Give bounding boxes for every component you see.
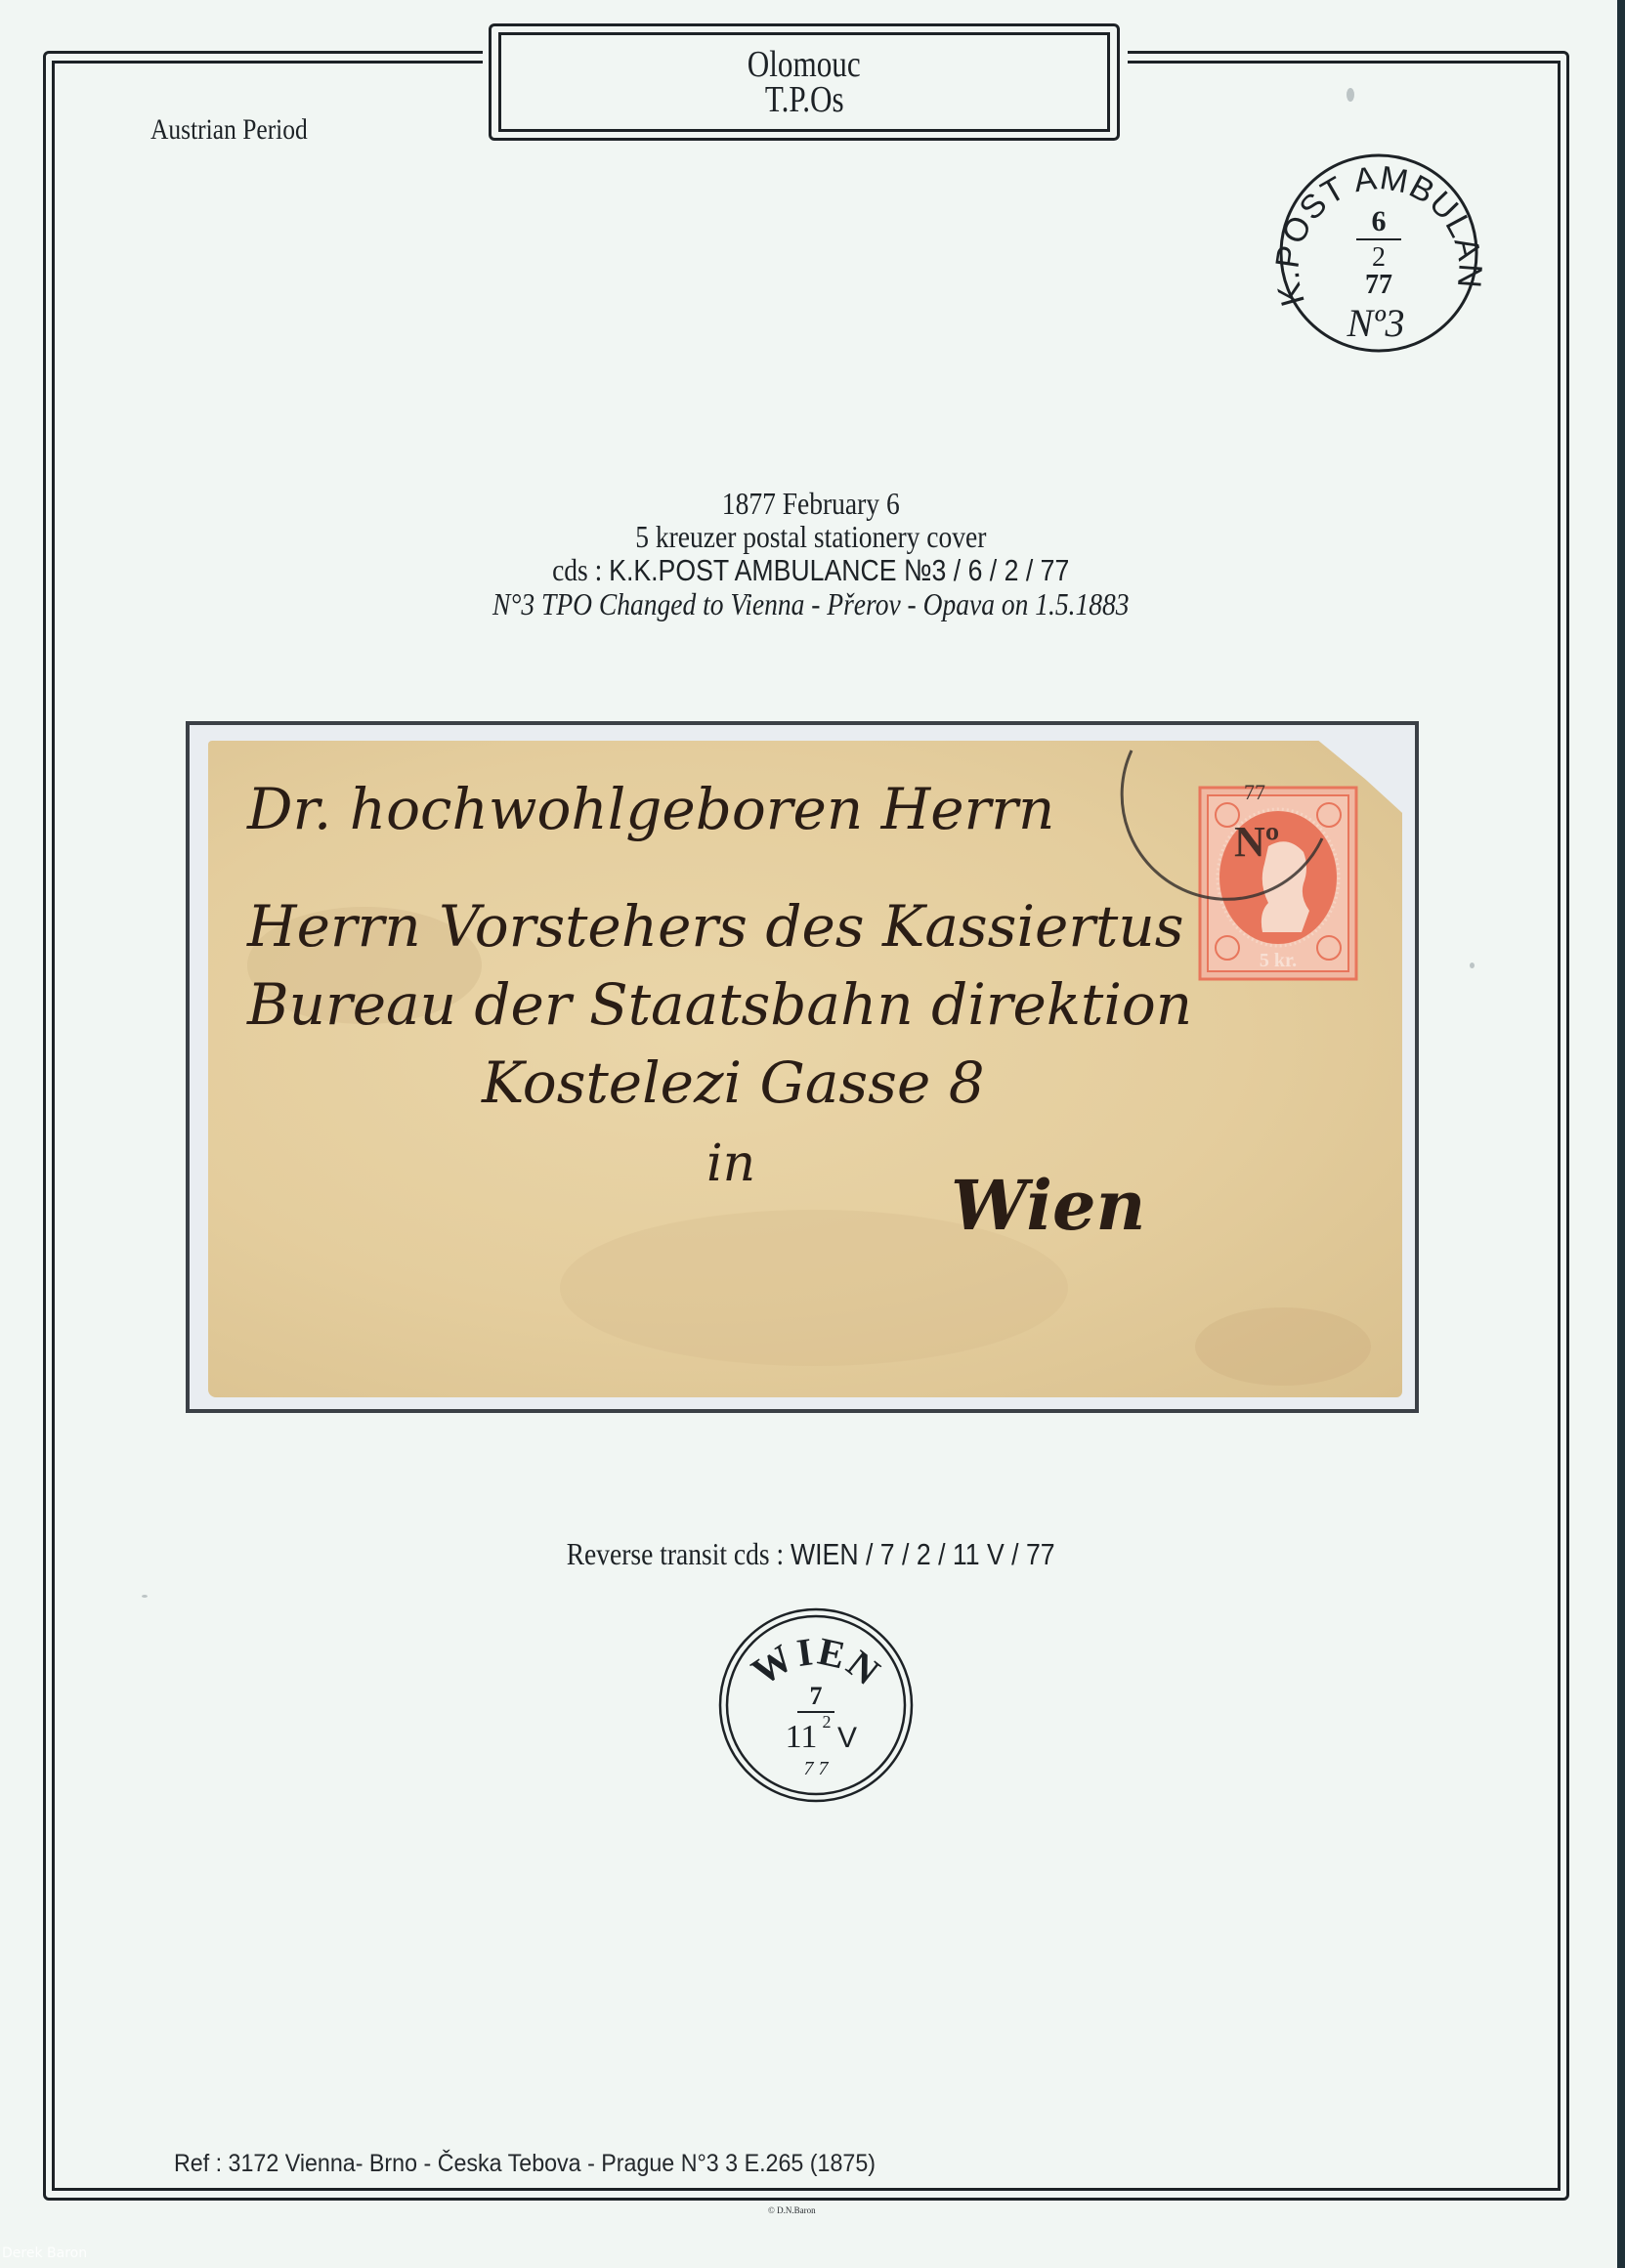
postmark-day: 6 [1372, 205, 1387, 237]
scan-speck [1347, 88, 1354, 102]
svg-text:77: 77 [1244, 780, 1265, 804]
address-line: Dr. hochwohlgeboren Herrn [246, 776, 1054, 842]
transit-label: Reverse transit cds : [567, 1536, 791, 1571]
address-line: Wien [951, 1165, 1145, 1246]
stamp-5-kreuzer: 5 kr. [1200, 788, 1356, 979]
scan-edge [1617, 0, 1625, 2268]
address-line: Kostelezi Gasse 8 [481, 1049, 985, 1116]
address-line: Herrn Vorstehers des Kassiertus [246, 893, 1183, 960]
scan-speck [142, 1595, 148, 1598]
address-line: Bureau der Staatsbahn direktion [246, 971, 1192, 1038]
cds-label: cds : [552, 552, 609, 587]
wien-day: 7 [810, 1682, 823, 1710]
address-line: in [706, 1134, 755, 1193]
cancel-number: Nº [1234, 818, 1279, 866]
stamp-value: 5 kr. [1260, 950, 1297, 971]
tpo-note: N°3 TPO Changed to Vienna - Přerov - Opa… [492, 587, 1130, 620]
wien-hour: 11 [786, 1719, 818, 1755]
copyright: © D.N.Baron [768, 2205, 816, 2215]
cover-item: 5 kreuzer postal stationery cover [635, 520, 986, 553]
wien-period: V [837, 1722, 857, 1754]
transit-value: WIEN / 7 / 2 / 11 V / 77 [791, 1537, 1055, 1571]
postmark-post-ambulance: K.K.POST AMBULANCE 6 2 77 Nº3 [1266, 141, 1491, 370]
cover-date: 1877 February 6 [722, 487, 900, 520]
handwritten-address: Dr. hochwohlgeboren Herrn Herrn Vorstehe… [246, 776, 1192, 1246]
watermark: Derek Baron [2, 2246, 87, 2261]
cds-value: K.K.POST AMBULANCE №3 / 6 / 2 / 77 [609, 553, 1069, 587]
reference-note: Ref : 3172 Vienna- Brno - Česka Tebova -… [174, 2150, 876, 2178]
postmark-number: Nº3 [1346, 301, 1404, 345]
wien-month: 2 [823, 1712, 832, 1732]
wien-year: 7 7 [804, 1758, 830, 1779]
postmark-year: 77 [1365, 270, 1392, 300]
cover-description: 1877 February 6 5 kreuzer postal station… [225, 487, 1397, 620]
postmark-month: 2 [1372, 242, 1386, 273]
period-label: Austrian Period [150, 113, 308, 147]
title-box: Olomouc T.P.Os [498, 32, 1110, 132]
postal-stationery-cover: 5 kr. Nº 77 Dr. hochwohlgeboren Herrn He… [208, 741, 1402, 1397]
page-subtitle: T.P.Os [765, 82, 844, 117]
transit-cds-caption: Reverse transit cds : WIEN / 7 / 2 / 11 … [322, 1536, 1300, 1572]
postmark-wien: WIEN 7 11 2 V 7 7 [713, 1603, 919, 1813]
scan-speck [1470, 963, 1475, 968]
page-title: Olomouc [748, 47, 861, 82]
